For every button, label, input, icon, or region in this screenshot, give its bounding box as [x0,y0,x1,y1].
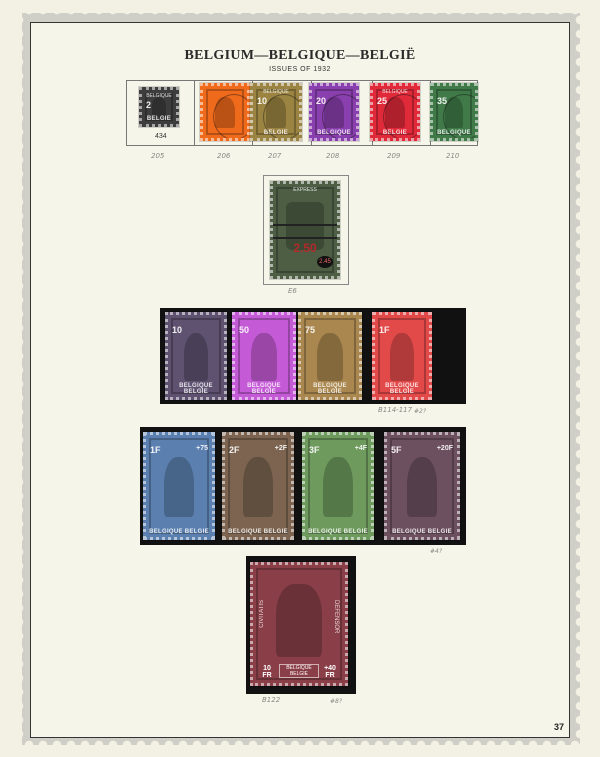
stamp-b119[interactable]: 2F+2FBELGIQUE BELGIE [222,432,294,540]
stamp-value: 75 [305,325,315,335]
stamp-b115[interactable]: 50BELGIQUE BELGIE [232,312,296,400]
stamp-inscription: BELGIQUE BELGIE [168,383,224,395]
stamp-value: 3F [309,445,320,455]
stamp-value: 50 [239,325,249,335]
stamp-inscription: BELGIQUE BELGIE [305,529,371,535]
stamp-top-text: BELGIQUE [142,93,176,99]
stamp-inscription: BELGIQUE BELGIE [225,529,291,535]
cancellation-postmark [383,94,420,140]
value-tablet: 2.45 [317,256,333,268]
pencil-catalog-number: 209 [387,152,400,160]
pencil-catalog-number: 205 [151,152,164,160]
stamp-b120[interactable]: 3F+4FBELGIQUE BELGIE [302,432,374,540]
stamp-inscription: BELGIQUE BELGIE [301,383,359,395]
stamp-design [184,333,209,381]
cancellation-postmark [263,94,302,140]
stamp-inscription: BELGIE [142,116,176,122]
pencil-catalog-number: B122 [262,696,280,704]
stamp-value: 2F [229,445,240,455]
cancellation-postmark [213,94,250,140]
stamp-design [276,584,322,657]
stamp-value: 1F [150,445,161,455]
stamp-inscription: BELGIQUE BELGIE [146,529,212,535]
stamp-s206[interactable] [200,83,250,141]
stamp-inscription: BELGIQUE BELGIE [235,383,293,395]
pencil-note: #2? [414,408,426,415]
stamp-value: 10 [172,325,182,335]
pencil-note: #4? [430,548,442,555]
stamp-surcharge: +20F [437,445,453,452]
stamp-value: 5F [391,445,402,455]
side-text-right: DEFENSOR [333,600,339,633]
stamp-inscription: BELGIQUE BELGIE [375,383,429,395]
stamp-s209[interactable]: BELGIQUE25BELGIE [370,83,420,141]
cancellation-postmark [322,94,359,140]
page-title: BELGIUM—BELGIQUE—BELGIË [0,48,600,64]
stamp-inscription: BELGIQUE BELGIE [387,529,457,535]
stamp-design [164,457,193,516]
stamp-surcharge: +75 [196,445,208,452]
stamp-surcharge: +2F [275,445,287,452]
stamp-b118[interactable]: 1F+75BELGIQUE BELGIE [143,432,215,540]
stamp-b117[interactable]: 1FBELGIQUE BELGIE [372,312,432,400]
surcharge-text: 2.50 [273,241,337,255]
stamp-surcharge: +4F [355,445,367,452]
stamp-design [317,333,343,381]
page-number: 37 [554,722,564,732]
stamp-s207[interactable]: BELGIQUE10BELGIE [250,83,302,141]
stamp-value: 10 FR [258,665,276,679]
printed-space-number: 434 [155,133,167,140]
pencil-catalog-number: 207 [268,152,281,160]
stamp-design [323,457,352,516]
pencil-catalog-number: 208 [326,152,339,160]
stamp-s208[interactable]: 20BELGIQUE [309,83,359,141]
stamp-b121[interactable]: 5F+20FBELGIQUE BELGIE [384,432,460,540]
stamp-s205[interactable]: BELGIQUE2BELGIE [139,87,179,127]
side-text-left: CIVITATIS [259,600,265,628]
stamp-design [251,333,277,381]
stamp-inscription: BELGIQUE BELGIE [279,664,319,678]
stamp-top-text: EXPRESS [273,187,337,193]
stamp-value: 2 [146,100,151,110]
stamp-b114[interactable]: 10BELGIQUE BELGIE [165,312,227,400]
stamp-b116[interactable]: 75BELGIQUE BELGIE [298,312,362,400]
pencil-catalog-number: 210 [446,152,459,160]
stamp-surcharge: +40 FR [320,665,340,679]
overprint-bar [273,237,337,239]
pencil-catalog-number: 206 [217,152,230,160]
page-subtitle: ISSUES OF 1932 [0,66,600,73]
overprint-bar [273,224,337,226]
stamp-value: 1F [379,325,390,335]
cancellation-postmark [443,94,478,140]
stamp-b122[interactable]: CIVITATIS DEFENSOR 10 FR +40 FR BELGIQUE… [250,562,348,686]
express-stamp[interactable]: EXPRESS 2.50 2.45 [270,181,340,279]
stamp-design [390,333,414,381]
stamp-s210[interactable]: 35BELGIQUE [430,83,478,141]
stamp-design [243,457,272,516]
pencil-note: #8? [330,698,342,705]
stamp-top-text: BELGIQUE [253,89,299,95]
stamp-design [407,457,438,516]
pencil-catalog-number: E6 [288,287,297,295]
stamp-design [152,97,167,117]
pencil-catalog-number: B114-117 [378,406,412,414]
